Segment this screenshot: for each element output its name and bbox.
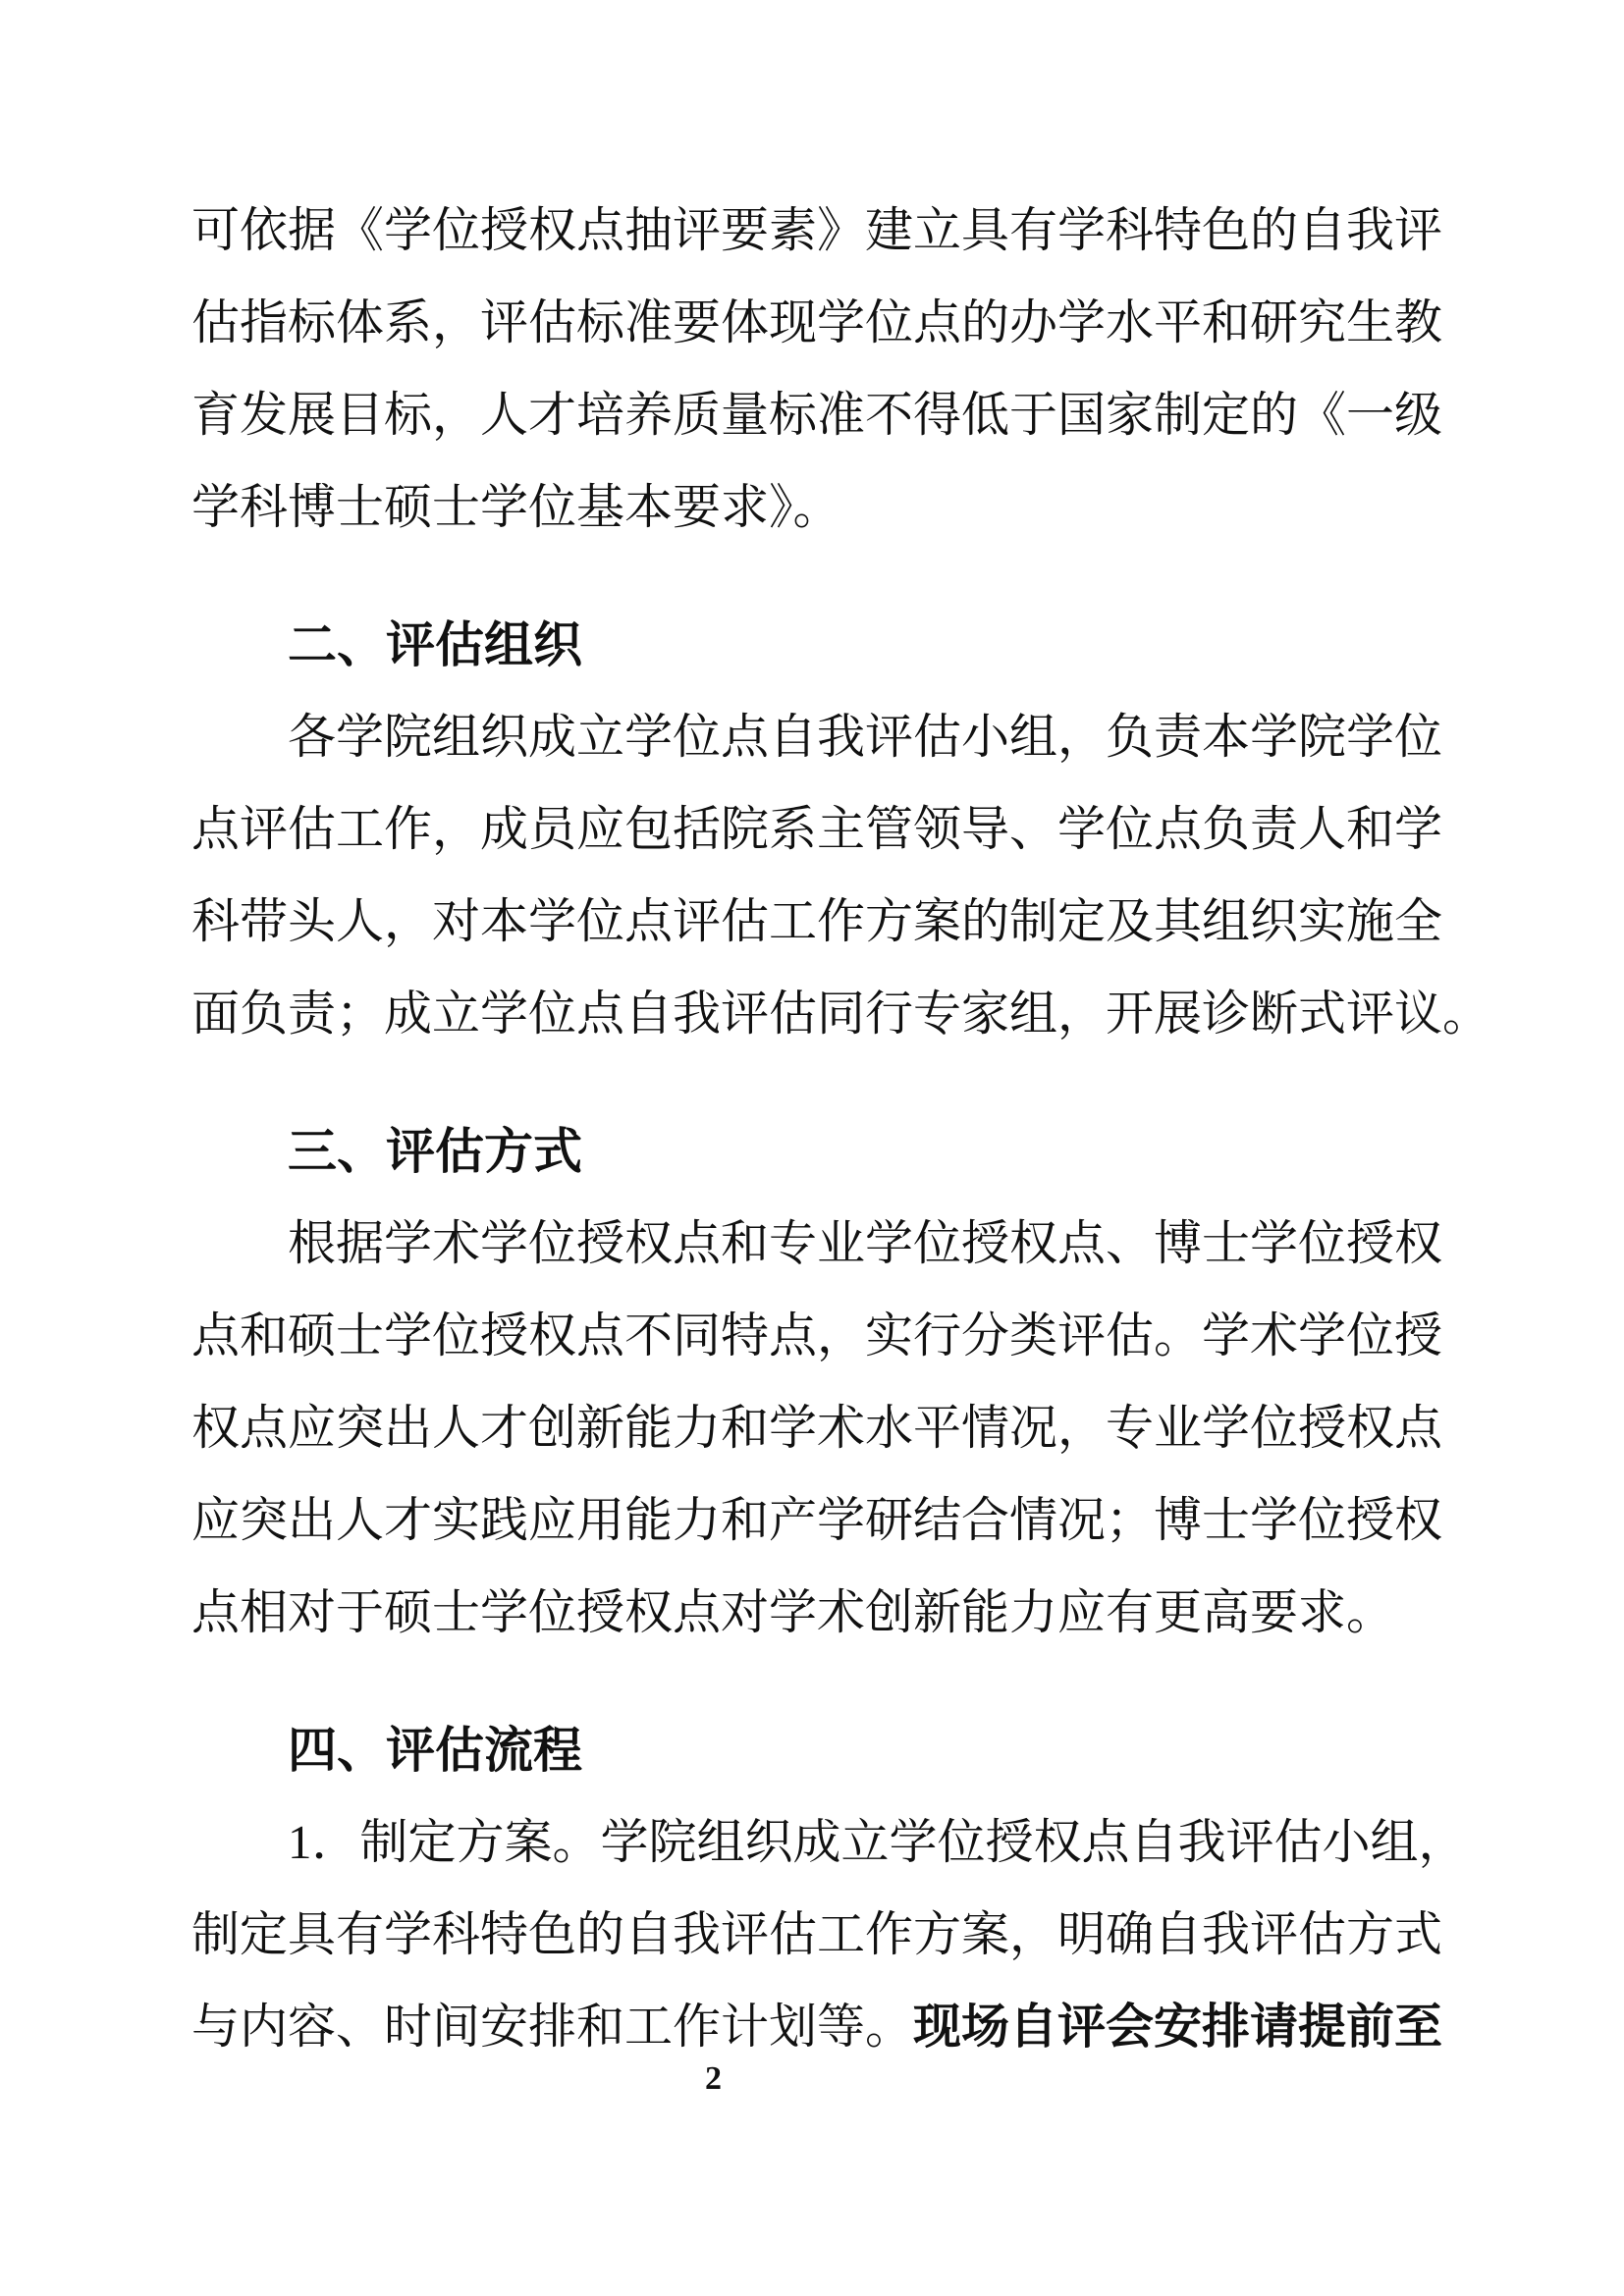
body-text-line: 各学院组织成立学位点自我评估小组，负责本学院学位 (191, 691, 1442, 783)
body-text-line: 可依据《学位授权点抽评要素》建立具有学科特色的自我评 (191, 185, 1442, 277)
bold-emphasis-run: 现场自评会安排请提前至 (913, 2001, 1442, 2054)
body-text-line: 科带头人，对本学位点评估工作方案的制定及其组织实施全 (191, 876, 1442, 968)
body-text-line: 学科博士硕士学位基本要求》。 (191, 461, 1442, 554)
body-text-line: 面负责；成立学位点自我评估同行专家组，开展诊断式评议。 (191, 968, 1442, 1060)
body-text-line: 权点应突出人才创新能力和学术水平情况，专业学位授权点 (191, 1382, 1442, 1474)
section-heading-evaluation-organization: 二、评估组织 (191, 599, 1442, 691)
body-text-run: 与内容、时间安排和工作计划等。 (191, 2000, 913, 2054)
section-heading-evaluation-process: 四、评估流程 (191, 1704, 1442, 1796)
body-text-line: 应突出人才实践应用能力和产学研结合情况；博士学位授权 (191, 1474, 1442, 1567)
body-text-line: 育发展目标，人才培养质量标准不得低于国家制定的《一级 (191, 369, 1442, 461)
section-heading-evaluation-method: 三、评估方式 (191, 1105, 1442, 1198)
body-text-line: 点评估工作，成员应包括院系主管领导、学位点负责人和学 (191, 783, 1442, 876)
body-text-line: 1．制定方案。学院组织成立学位授权点自我评估小组， (191, 1796, 1442, 1889)
body-text-line: 点和硕士学位授权点不同特点，实行分类评估。学术学位授 (191, 1290, 1442, 1382)
page-number: 2 (705, 2059, 722, 2099)
paragraph-evaluation-organization: 各学院组织成立学位点自我评估小组，负责本学院学位 点评估工作，成员应包括院系主管… (191, 691, 1442, 1060)
body-text-line: 估指标体系，评估标准要体现学位点的办学水平和研究生教 (191, 277, 1442, 369)
body-text-line: 根据学术学位授权点和专业学位授权点、博士学位授权 (191, 1198, 1442, 1290)
paragraph-evaluation-process: 1．制定方案。学院组织成立学位授权点自我评估小组， 制定具有学科特色的自我评估工… (191, 1796, 1442, 2073)
body-text-line-with-emphasis: 与内容、时间安排和工作计划等。现场自评会安排请提前至 (191, 1981, 1442, 2073)
body-text-line: 点相对于硕士学位授权点对学术创新能力应有更高要求。 (191, 1567, 1442, 1659)
body-text-line: 制定具有学科特色的自我评估工作方案，明确自我评估方式 (191, 1889, 1442, 1981)
paragraph-continuation: 可依据《学位授权点抽评要素》建立具有学科特色的自我评 估指标体系，评估标准要体现… (191, 185, 1442, 554)
document-body: 可依据《学位授权点抽评要素》建立具有学科特色的自我评 估指标体系，评估标准要体现… (191, 185, 1442, 2073)
paragraph-evaluation-method: 根据学术学位授权点和专业学位授权点、博士学位授权 点和硕士学位授权点不同特点，实… (191, 1198, 1442, 1659)
document-page: 可依据《学位授权点抽评要素》建立具有学科特色的自我评 估指标体系，评估标准要体现… (0, 0, 1624, 2296)
